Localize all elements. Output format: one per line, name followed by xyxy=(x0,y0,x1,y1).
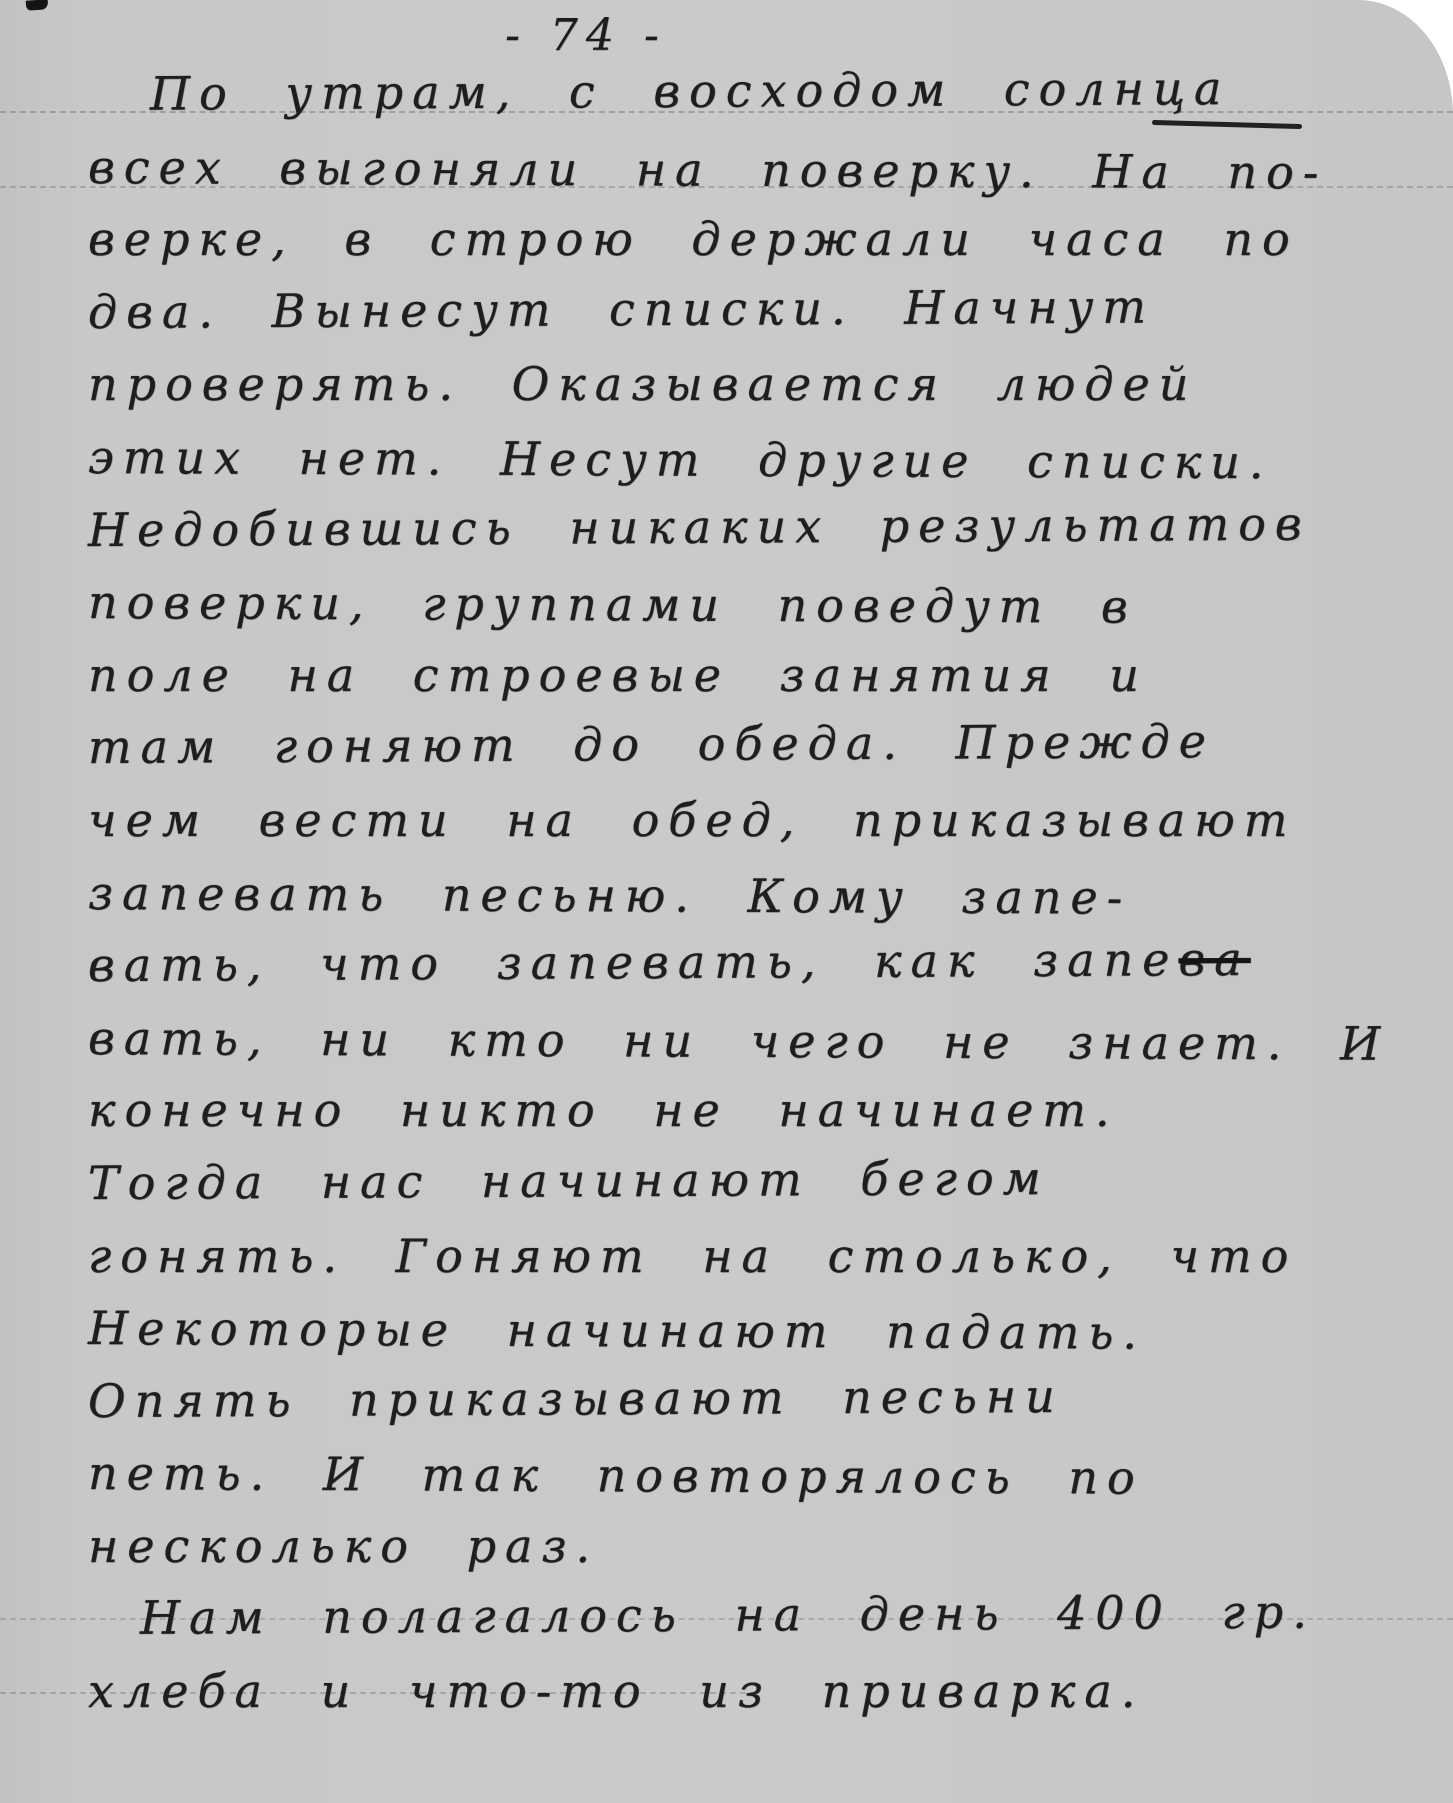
handwritten-line: поле на строевые занятия и xyxy=(88,639,1437,712)
ink-smudge xyxy=(26,0,49,11)
handwritten-text-block: По утрам, с восходом солнца всех выгонял… xyxy=(88,58,1437,1728)
handwritten-line: верке, в строю держали часа по xyxy=(88,203,1437,276)
handwritten-line: Нам полагалось на день 400 гр. xyxy=(88,1575,1437,1655)
handwritten-line: вать, что запевать, как запева xyxy=(88,922,1437,1002)
handwritten-line: вать, ни кто ни чего не знает. И xyxy=(88,1002,1437,1080)
handwritten-line: поверки, группами поведут в xyxy=(88,566,1437,644)
page-number: - 74 - xyxy=(505,10,667,61)
handwritten-line: чем вести на обед, приказывают xyxy=(88,784,1437,857)
handwritten-line: петь. И так повторялось по xyxy=(88,1437,1437,1515)
handwritten-line: Тогда нас начинают бегом xyxy=(88,1140,1437,1220)
manuscript-page: - 74 - По утрам, с восходом солнца всех … xyxy=(0,0,1453,1803)
handwritten-line: проверять. Оказывается людей xyxy=(88,348,1437,421)
handwritten-line: два. Вынесут списки. Начнут xyxy=(88,269,1437,349)
handwritten-line: По утрам, с восходом солнца xyxy=(88,51,1437,131)
handwritten-line: Опять приказывают песьни xyxy=(88,1358,1437,1438)
handwritten-line: Недобившись никаких результатов xyxy=(88,486,1437,566)
handwritten-line: всех выгоняли на поверку. На по- xyxy=(88,131,1437,209)
handwritten-line: несколько раз. xyxy=(88,1510,1437,1583)
handwritten-line: гонять. Гоняют на столько, что xyxy=(88,1220,1437,1293)
struck-text: ва xyxy=(1178,932,1250,986)
handwritten-line: хлеба и что-то из приварка. xyxy=(88,1655,1437,1728)
handwritten-line: там гоняют до обеда. Прежде xyxy=(88,704,1437,784)
handwritten-line-text: вать, что запевать, как запе xyxy=(88,932,1179,992)
handwritten-line: конечно никто не начинает. xyxy=(88,1074,1437,1147)
